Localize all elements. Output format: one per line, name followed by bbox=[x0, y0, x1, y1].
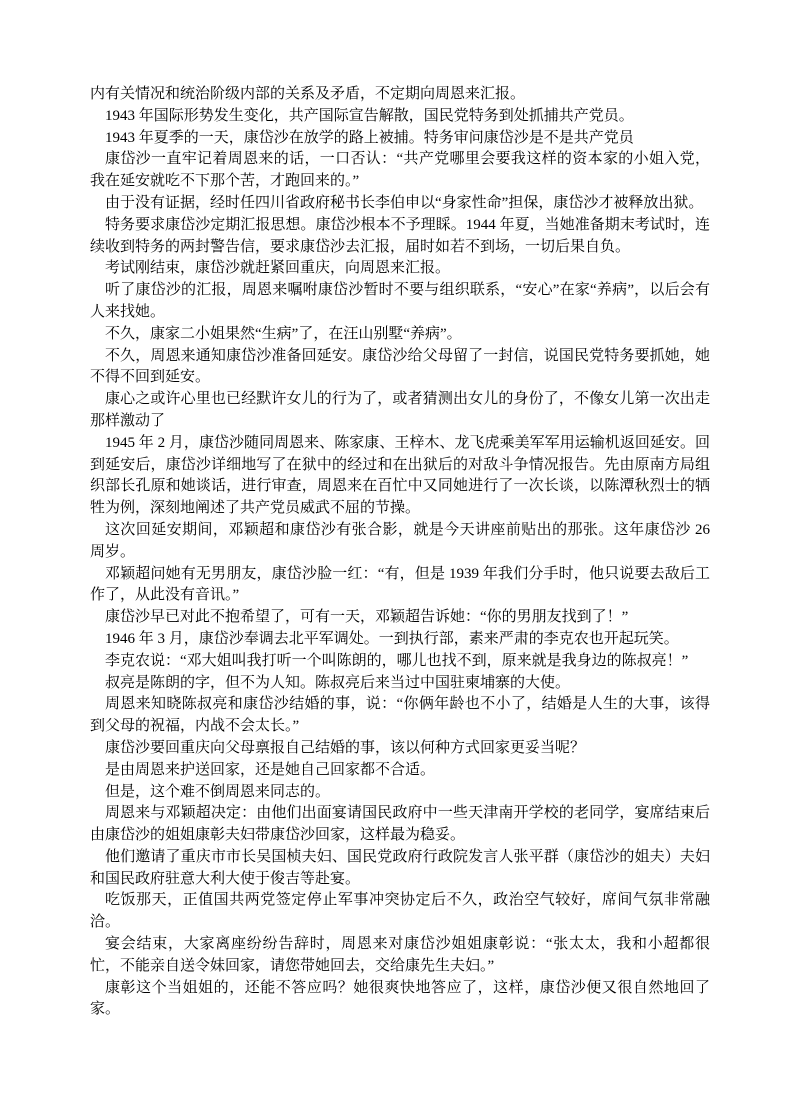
paragraph: 周恩来知晓陈叔亮和康岱沙结婚的事，说：“你俩年龄也不小了，结婚是人生的大事，该得… bbox=[90, 694, 710, 738]
paragraph: 邓颖超问她有无男朋友，康岱沙脸一红：“有，但是 1939 年我们分手时，他只说要… bbox=[90, 564, 710, 608]
paragraph: 不久，周恩来通知康岱沙准备回延安。康岱沙给父母留了一封信，说国民党特务要抓她，她… bbox=[90, 346, 710, 390]
paragraph: 1943 年国际形势发生变化，共产国际宣告解散，国民党特务到处抓捕共产党员。 bbox=[90, 106, 710, 128]
paragraph: 是由周恩来护送回家，还是她自己回家都不合适。 bbox=[90, 760, 710, 782]
paragraph: 李克农说：“邓大姐叫我打听一个叫陈朗的，哪儿也找不到，原来就是我身边的陈叔亮！” bbox=[90, 651, 710, 673]
paragraph: 周恩来与邓颖超决定：由他们出面宴请国民政府中一些天津南开学校的老同学，宴席结束后… bbox=[90, 803, 710, 847]
paragraph: 1943 年夏季的一天，康岱沙在放学的路上被捕。特务审问康岱沙是不是共产党员 bbox=[90, 128, 710, 150]
paragraph: 这次回延安期间，邓颖超和康岱沙有张合影，就是今天讲座前贴出的那张。这年康岱沙 2… bbox=[90, 520, 710, 564]
paragraph: 特务要求康岱沙定期汇报思想。康岱沙根本不予理睬。1944 年夏，当她准备期末考试… bbox=[90, 215, 710, 259]
paragraph: 1946 年 3 月，康岱沙奉调去北平军调处。一到执行部，素来严肃的李克农也开起… bbox=[90, 629, 710, 651]
paragraph: 宴会结束，大家离座纷纷告辞时，周恩来对康岱沙姐姐康彰说：“张太太，我和小超都很忙… bbox=[90, 934, 710, 978]
paragraph: 考试刚结束，康岱沙就赶紧回重庆，向周恩来汇报。 bbox=[90, 258, 710, 280]
document-body: 内有关情况和统治阶级内部的关系及矛盾，不定期向周恩来汇报。1943 年国际形势发… bbox=[90, 84, 710, 1021]
paragraph: 康岱沙一直牢记着周恩来的话，一口否认：“共产党哪里会要我这样的资本家的小姐入党，… bbox=[90, 149, 710, 193]
paragraph: 听了康岱沙的汇报，周恩来嘱咐康岱沙暂时不要与组织联系，“安心”在家“养病”，以后… bbox=[90, 280, 710, 324]
paragraph: 康心之或许心里也已经默许女儿的行为了，或者猜测出女儿的身份了，不像女儿第一次出走… bbox=[90, 389, 710, 433]
paragraph: 吃饭那天，正值国共两党签定停止军事冲突协定后不久，政治空气较好，席间气氛非常融洽… bbox=[90, 890, 710, 934]
paragraph: 内有关情况和统治阶级内部的关系及矛盾，不定期向周恩来汇报。 bbox=[90, 84, 710, 106]
paragraph: 但是，这个难不倒周恩来同志的。 bbox=[90, 782, 710, 804]
paragraph: 不久，康家二小姐果然“生病”了，在汪山别墅“养病”。 bbox=[90, 324, 710, 346]
paragraph: 康彰这个当姐姐的，还能不答应吗？她很爽快地答应了，这样，康岱沙便又很自然地回了家… bbox=[90, 978, 710, 1022]
paragraph: 康岱沙要回重庆向父母禀报自己结婚的事，该以何种方式回家更妥当呢？ bbox=[90, 738, 710, 760]
paragraph: 康岱沙早已对此不抱希望了，可有一天，邓颖超告诉她：“你的男朋友找到了！” bbox=[90, 607, 710, 629]
paragraph: 由于没有证据，经时任四川省政府秘书长李伯申以“身家性命”担保，康岱沙才被释放出狱… bbox=[90, 193, 710, 215]
document-page: 内有关情况和统治阶级内部的关系及矛盾，不定期向周恩来汇报。1943 年国际形势发… bbox=[0, 0, 800, 1100]
paragraph: 叔亮是陈朗的字，但不为人知。陈叔亮后来当过中国驻柬埔寨的大使。 bbox=[90, 673, 710, 695]
paragraph: 他们邀请了重庆市市长吴国桢夫妇、国民党政府行政院发言人张平群（康岱沙的姐夫）夫妇… bbox=[90, 847, 710, 891]
paragraph: 1945 年 2 月，康岱沙随同周恩来、陈家康、王梓木、龙飞虎乘美军军用运输机返… bbox=[90, 433, 710, 520]
